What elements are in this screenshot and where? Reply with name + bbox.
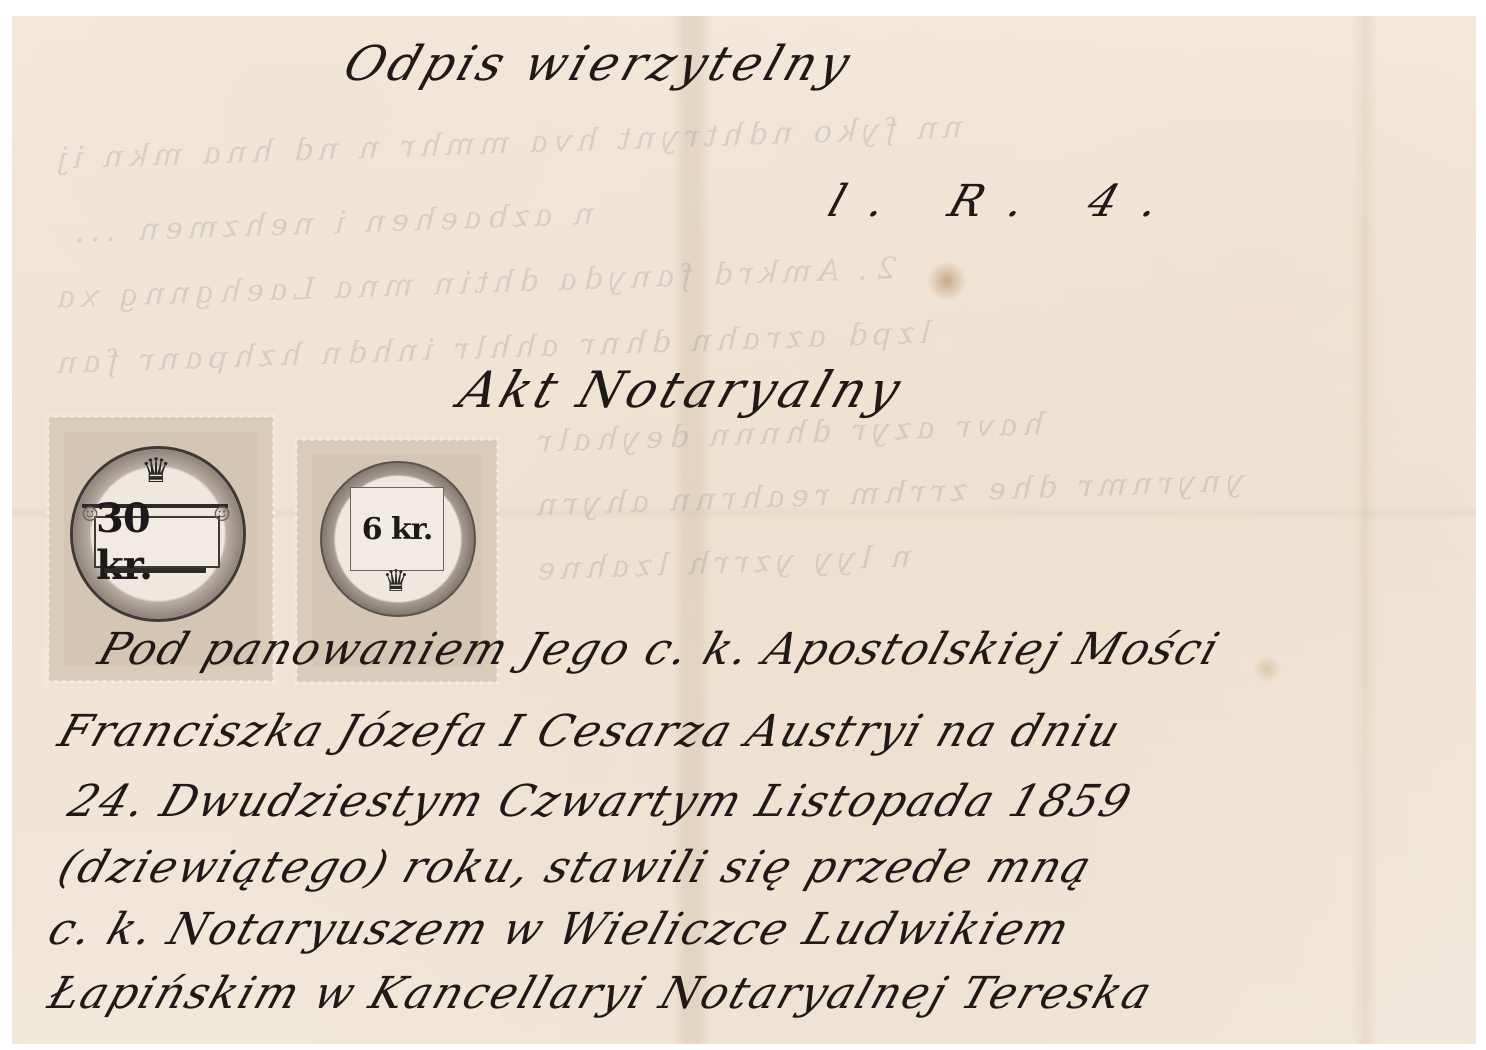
body-line-1: Pod panowaniem Jego c. k. Apostolskiej M… — [92, 624, 1227, 675]
document-heading: Akt Notaryalny — [452, 361, 911, 419]
paper-fold-vertical-right — [1352, 16, 1378, 1044]
cherub-right-icon: ☺ — [210, 504, 234, 524]
document-page: nn fyko ndhtrynt hva mmhr n nd hna mkn i… — [12, 16, 1476, 1044]
stamp-value-panel: 30 kr. — [94, 516, 220, 568]
body-line-4: (dziewiątego) roku, stawili się przede m… — [52, 842, 1099, 893]
cherub-left-icon: ☺ — [78, 504, 102, 524]
stamp-ornament — [104, 568, 206, 573]
document-title: Odpis wierzytelny — [337, 36, 861, 92]
stamp-value: 6 kr. — [362, 512, 433, 547]
paper-stain — [927, 261, 967, 301]
double-headed-eagle-icon: ♛ — [138, 454, 174, 488]
document-reference: l. R. 4. — [822, 176, 1192, 227]
body-line-2: Franciszka Józefa I Cesarza Austryi na d… — [52, 706, 1128, 757]
bleed-through-text: 2. Amkrd fanyda dhtin mna Laehgnng xa — [45, 251, 903, 316]
stamp-value-panel: 6 kr. — [350, 487, 444, 571]
stamp-value: 30 kr. — [96, 495, 218, 589]
double-headed-eagle-icon: ♛ — [378, 567, 414, 597]
body-line-3: 24. Dwudziestym Czwartym Listopada 1859 — [62, 776, 1139, 827]
body-line-6: Łapińskim w Kancellaryi Notaryalnej Tere… — [42, 968, 1160, 1019]
body-line-5: c. k. Notaryuszem w Wieliczce Ludwikiem — [42, 904, 1077, 955]
bleed-through-text: n azbaehen i nehzmen ... — [65, 197, 602, 251]
bleed-through-text: n lyy yzrrh lzahne — [525, 539, 920, 588]
bleed-through-text: nn fyko ndhtrynt hva mmhr n nd hna mkn i… — [45, 110, 971, 177]
paper-stain — [1252, 656, 1282, 682]
